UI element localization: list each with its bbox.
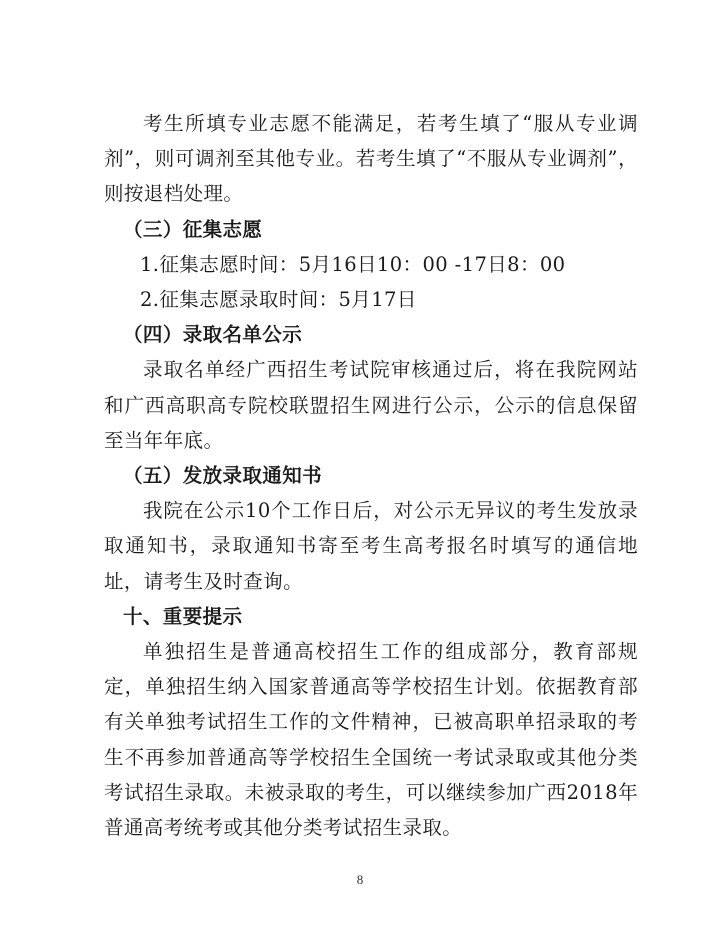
heading-supplementary-application: （三）征集志愿 — [104, 212, 638, 247]
paragraph-admission-notice: 我院在公示10个工作日后，对公示无异议的考生发放录取通知书，录取通知书寄至考生高… — [104, 493, 638, 599]
page-number: 8 — [0, 872, 720, 888]
paragraph-admission-list-publication: 录取名单经广西招生考试院审核通过后，将在我院网站和广西高职高专院校联盟招生网进行… — [104, 352, 638, 458]
list-item-application-time: 1.征集志愿时间：5月16日10：00 -17日8：00 — [104, 247, 638, 282]
heading-admission-notice: （五）发放录取通知书 — [104, 458, 638, 493]
list-item-admission-time: 2.征集志愿录取时间：5月17日 — [104, 282, 638, 317]
heading-important-notice: 十、重要提示 — [104, 599, 638, 634]
heading-admission-list-publication: （四）录取名单公示 — [104, 317, 638, 352]
document-page: 考生所填专业志愿不能满足，若考生填了“服从专业调剂”，则可调剂至其他专业。若考生… — [104, 106, 638, 845]
paragraph-important-notice: 单独招生是普通高校招生工作的组成部分，教育部规定，单独招生纳入国家普通高等学校招… — [104, 634, 638, 845]
paragraph-major-adjustment: 考生所填专业志愿不能满足，若考生填了“服从专业调剂”，则可调剂至其他专业。若考生… — [104, 106, 638, 212]
